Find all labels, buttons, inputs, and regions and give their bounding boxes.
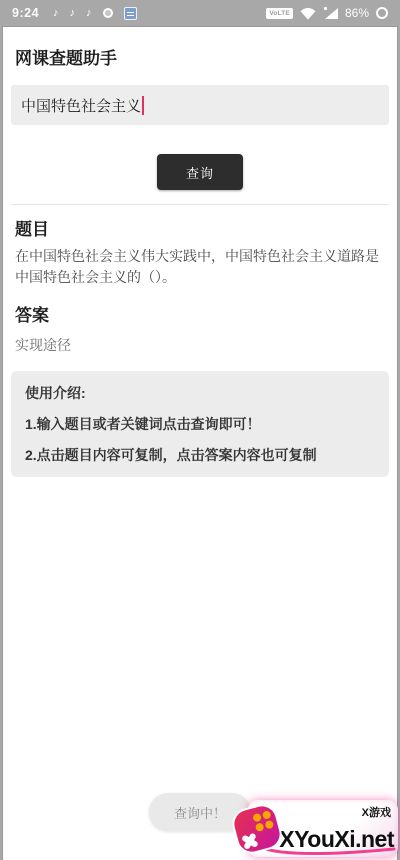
- text-cursor: [142, 96, 144, 115]
- watermark-site-name: XYouXi.net: [279, 826, 394, 853]
- instructions-line: 1.输入题目或者关键词点击查询即可！: [25, 414, 375, 434]
- query-button[interactable]: 查询: [157, 154, 243, 190]
- system-status-icons: VoLTE 86%: [266, 6, 388, 20]
- clock: 9:24: [12, 6, 39, 20]
- music-note-icon: ♪: [53, 8, 59, 19]
- game-controller-icon: [226, 798, 288, 860]
- site-watermark: X游戏 XYouXi.net: [228, 798, 400, 860]
- battery-percent: 86%: [345, 6, 369, 20]
- record-circle-icon: [103, 8, 113, 18]
- signal-icon: [323, 7, 338, 19]
- music-note-icon: ♪: [70, 8, 76, 19]
- search-input-value: 中国特色社会主义: [21, 95, 141, 116]
- wifi-icon: [300, 7, 316, 20]
- instructions-box: 使用介绍: 1.输入题目或者关键词点击查询即可！ 2.点击题目内容可复制，点击答…: [11, 371, 389, 477]
- watermark-badge: X游戏: [362, 804, 391, 820]
- volte-badge: VoLTE: [266, 8, 293, 19]
- battery-ring-icon: [376, 7, 388, 19]
- page-title: 网课查题助手: [15, 44, 117, 69]
- answer-heading: 答案: [15, 301, 49, 326]
- question-text[interactable]: 在中国特色社会主义伟大实践中，中国特色社会主义道路是中国特色社会主义的（）。: [15, 246, 387, 288]
- app-content-card: 网课查题助手 中国特色社会主义 查询 题目 在中国特色社会主义伟大实践中，中国特…: [2, 26, 398, 860]
- divider: [11, 204, 389, 205]
- music-note-icon: ♪: [86, 8, 92, 19]
- answer-text[interactable]: 实现途径: [15, 335, 71, 355]
- instructions-line: 2.点击题目内容可复制，点击答案内容也可复制: [25, 445, 375, 465]
- notification-icons: ♪ ♪ ♪: [53, 7, 137, 20]
- question-heading: 题目: [15, 215, 49, 240]
- search-input[interactable]: 中国特色社会主义: [11, 85, 389, 125]
- calendar-icon: [124, 7, 137, 20]
- status-bar: 9:24 ♪ ♪ ♪ VoLTE 86%: [0, 0, 400, 26]
- instructions-title: 使用介绍:: [25, 383, 375, 403]
